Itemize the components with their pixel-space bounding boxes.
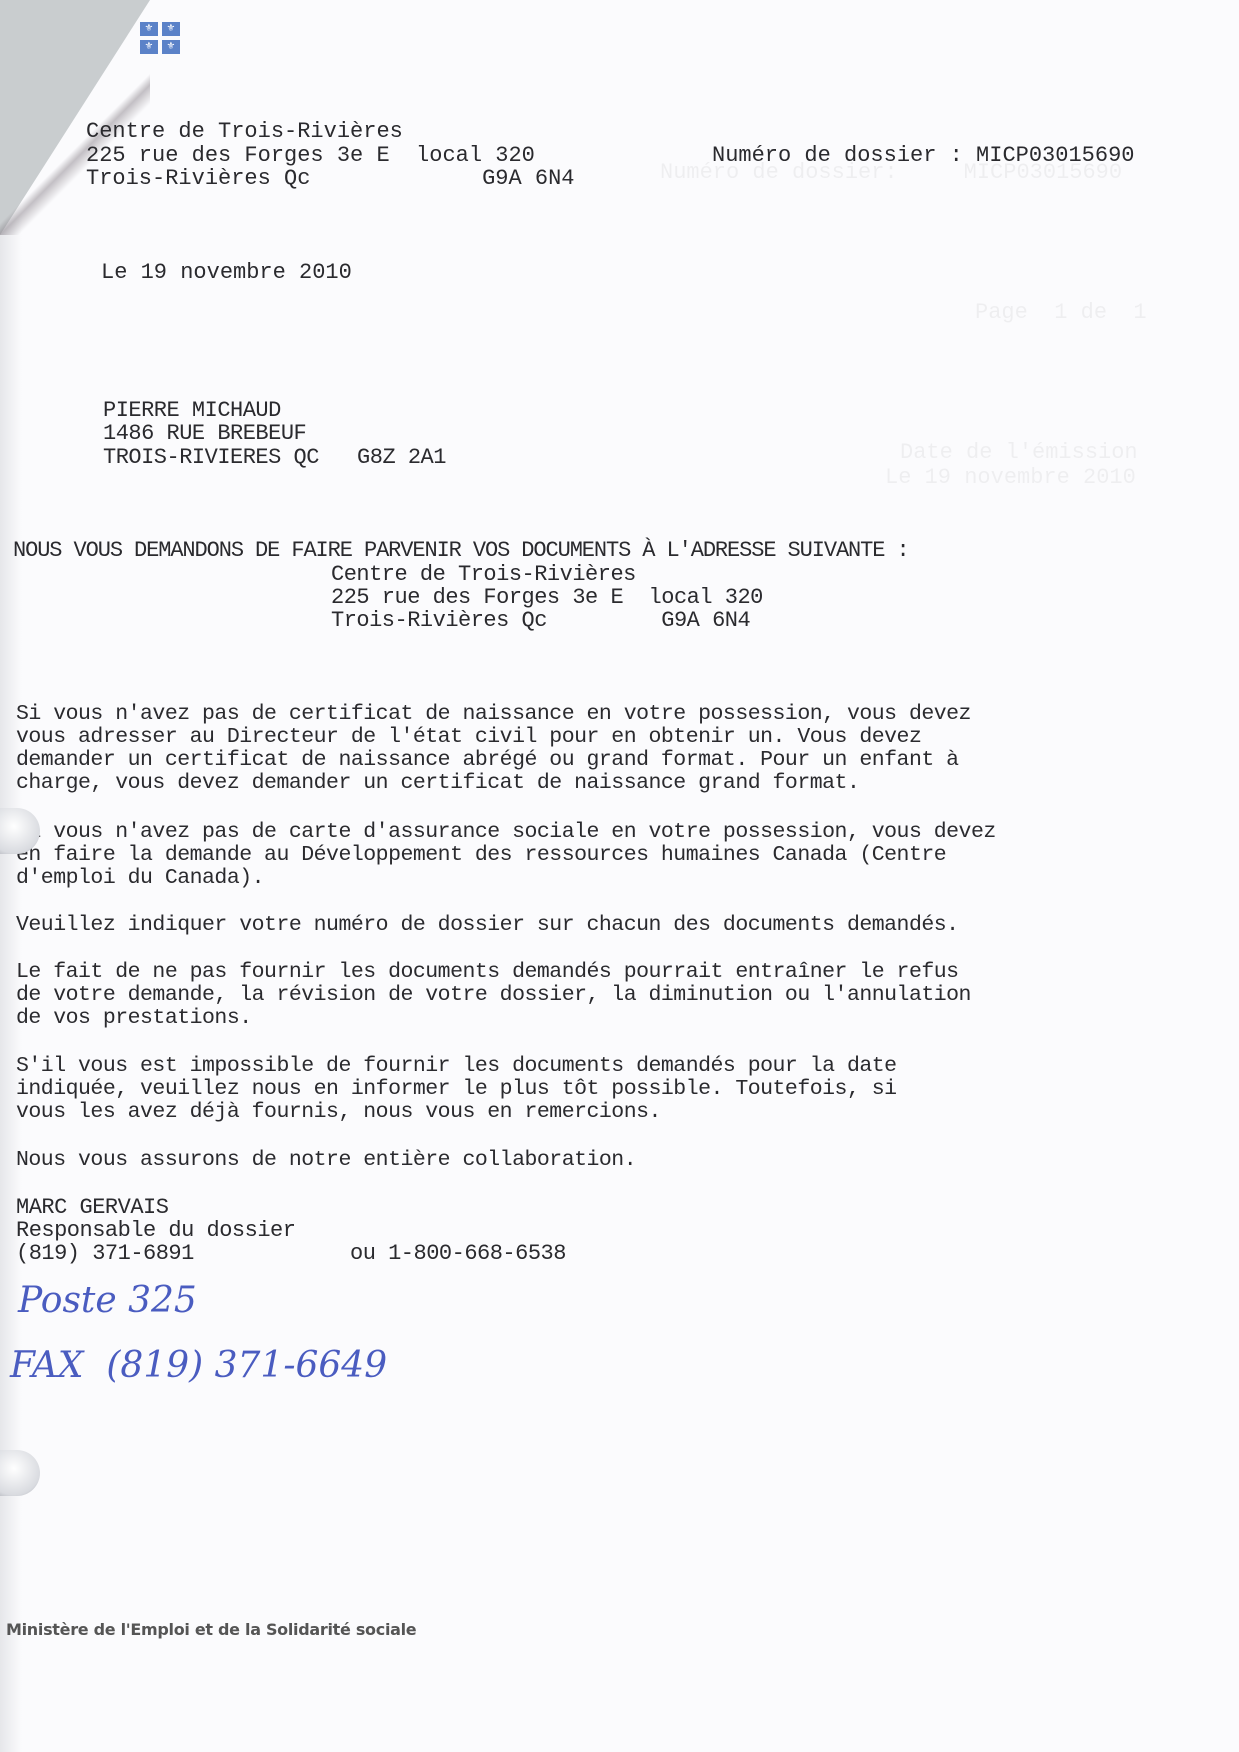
fold-shadow [0, 0, 150, 235]
recipient-street: 1486 RUE BREBEUF [103, 422, 306, 445]
ministry-footer: Ministère de l'Emploi et de la Solidarit… [6, 1620, 416, 1639]
signatory-title: Responsable du dossier [16, 1219, 295, 1242]
instruction-address-line-2: 225 rue des Forges 3e E local 320 [331, 586, 763, 609]
file-number-label: Numéro de dossier : [712, 143, 976, 168]
file-number: Numéro de dossier : MICP03015690 [712, 144, 1134, 167]
recipient-city: TROIS-RIVIERES QC G8Z 2A1 [103, 446, 446, 469]
letter-date: Le 19 novembre 2010 [101, 261, 352, 284]
binder-hole [0, 1450, 40, 1496]
handwritten-extension: Poste 325 [18, 1280, 197, 1321]
sender-line-3: Trois-Rivières Qc G9A 6N4 [86, 167, 574, 190]
handwritten-fax: FAX (819) 371-6649 [10, 1345, 387, 1386]
signatory-alt-phone: ou 1-800-668-6538 [350, 1242, 566, 1265]
bleed-through-text: Date de l'émission [900, 440, 1138, 465]
bleed-through-text: Page 1 de 1 [975, 300, 1147, 325]
paragraph-social-insurance: Si vous n'avez pas de carte d'assurance … [16, 821, 1226, 890]
sender-line-1: Centre de Trois-Rivières [86, 120, 403, 143]
paragraph-closing: Nous vous assurons de notre entière coll… [16, 1149, 1226, 1172]
paragraph-file-number: Veuillez indiquer votre numéro de dossie… [16, 914, 1226, 937]
fleur-de-lis-icon: ⚜ [162, 22, 180, 36]
paragraph-consequences: Le fait de ne pas fournir les documents … [16, 961, 1226, 1030]
signatory-phone: (819) 371-6891 [16, 1242, 194, 1265]
sender-line-2: 225 rue des Forges 3e E local 320 [86, 144, 535, 167]
recipient-name: PIERRE MICHAUD [103, 399, 281, 422]
file-number-value: MICP03015690 [976, 143, 1134, 168]
signatory-name: MARC GERVAIS [16, 1196, 168, 1219]
fleur-de-lis-icon: ⚜ [162, 40, 180, 54]
paragraph-impossible: S'il vous est impossible de fournir les … [16, 1055, 1226, 1124]
instruction-address-line-1: Centre de Trois-Rivières [331, 563, 636, 586]
instruction-address-line-3: Trois-Rivières Qc G9A 6N4 [331, 609, 750, 632]
paragraph-birth-certificate: Si vous n'avez pas de certificat de nais… [16, 703, 1226, 795]
bleed-through-text: Le 19 novembre 2010 [885, 465, 1136, 490]
instruction-heading: NOUS VOUS DEMANDONS DE FAIRE PARVENIR VO… [13, 539, 909, 562]
